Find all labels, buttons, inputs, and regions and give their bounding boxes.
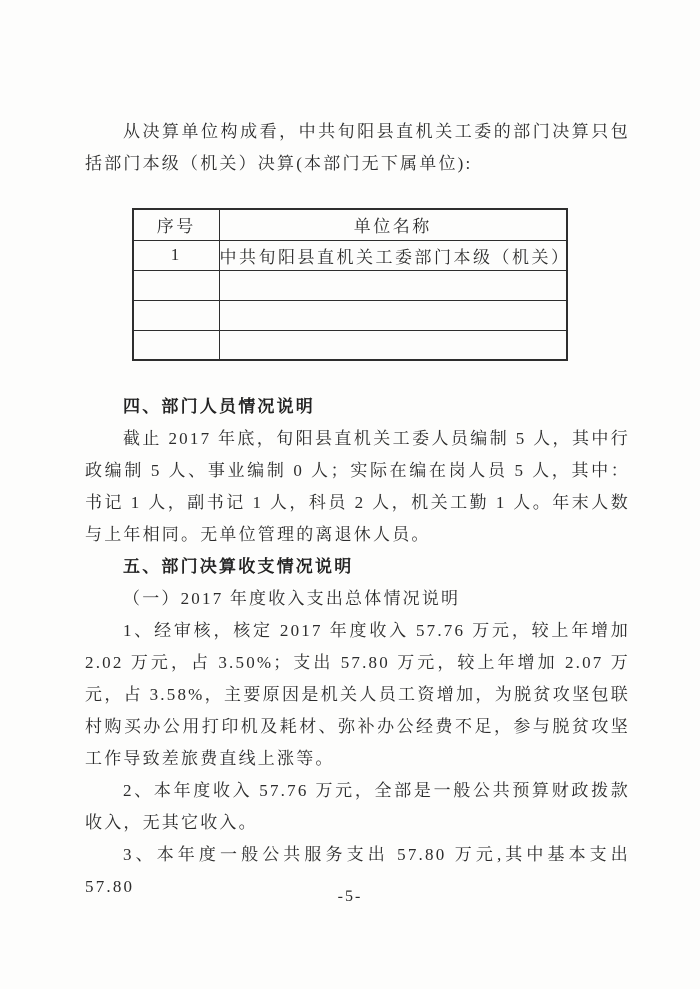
intro-paragraph: 从决算单位构成看，中共旬阳县直机关工委的部门决算只包括部门本级（机关）决算(本部… — [85, 116, 630, 180]
document-content: 从决算单位构成看，中共旬阳县直机关工委的部门决算只包括部门本级（机关）决算(本部… — [85, 116, 630, 903]
table-row: 1 中共旬阳县直机关工委部门本级（机关） — [133, 240, 567, 270]
table-row — [133, 330, 567, 360]
section-5-heading: 五、部门决算收支情况说明 — [85, 551, 630, 583]
table-cell-unit-name — [219, 330, 567, 360]
document-page: 从决算单位构成看，中共旬阳县直机关工委的部门决算只包括部门本级（机关）决算(本部… — [0, 0, 700, 989]
table-cell-serial — [133, 270, 219, 300]
table-row — [133, 270, 567, 300]
table-cell-serial — [133, 330, 219, 360]
table-header-serial: 序号 — [133, 209, 219, 240]
table-header-unit-name: 单位名称 — [219, 209, 567, 240]
unit-list-table: 序号 单位名称 1 中共旬阳县直机关工委部门本级（机关） — [132, 208, 568, 361]
table-cell-unit-name — [219, 270, 567, 300]
section-5-subheading: （一）2017 年度收入支出总体情况说明 — [85, 583, 630, 615]
table-cell-unit-name — [219, 300, 567, 330]
page-number: -5- — [0, 888, 700, 906]
section-4-paragraph: 截止 2017 年底，旬阳县直机关工委人员编制 5 人，其中行政编制 5 人、事… — [85, 423, 630, 551]
table-cell-serial — [133, 300, 219, 330]
table-row — [133, 300, 567, 330]
section-5-paragraph-1: 1、经审核，核定 2017 年度收入 57.76 万元，较上年增加 2.02 万… — [85, 615, 630, 775]
table-cell-serial: 1 — [133, 240, 219, 270]
section-4-heading: 四、部门人员情况说明 — [85, 391, 630, 423]
table-header-row: 序号 单位名称 — [133, 209, 567, 240]
section-5-paragraph-2: 2、本年度收入 57.76 万元，全部是一般公共预算财政拨款收入，无其它收入。 — [85, 775, 630, 839]
table-cell-unit-name: 中共旬阳县直机关工委部门本级（机关） — [219, 240, 567, 270]
